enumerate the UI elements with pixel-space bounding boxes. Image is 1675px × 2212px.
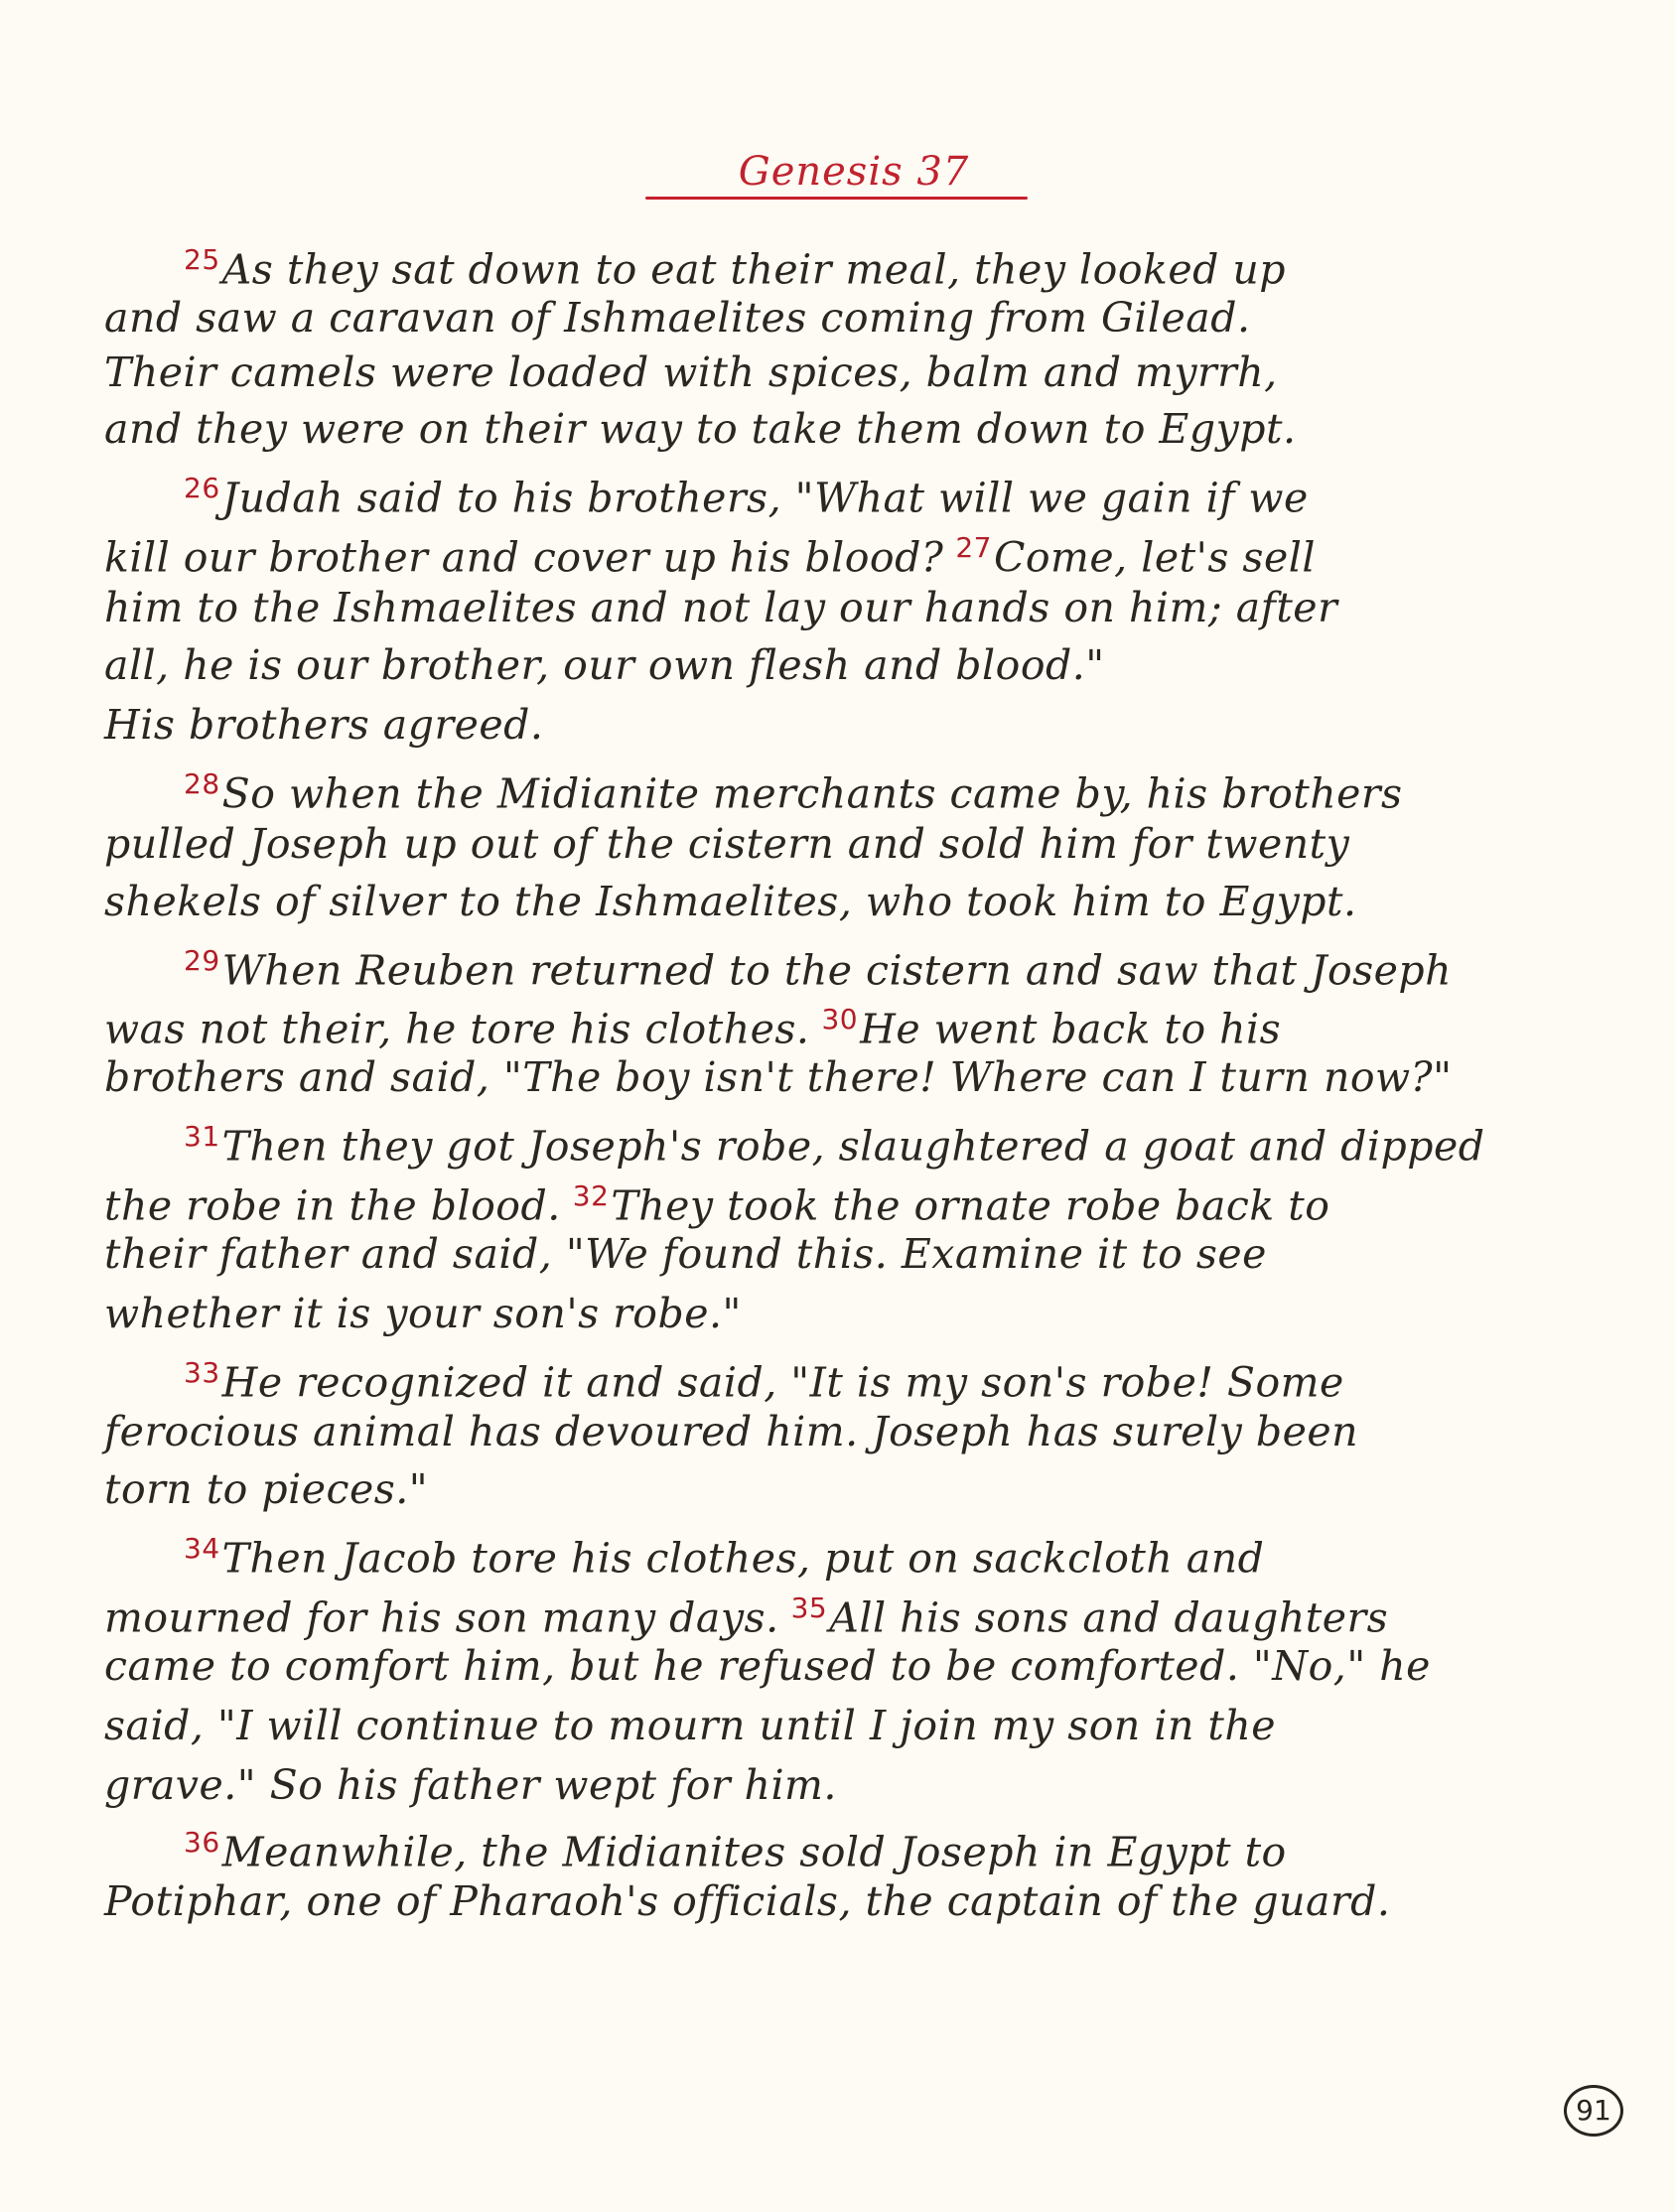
verse-text: Potiphar, one of Pharaoh's officials, th…: [104, 1877, 1390, 1925]
verse-text: When Reuben returned to the cistern and …: [222, 947, 1452, 995]
verse-text: Then Jacob tore his clothes, put on sack…: [222, 1535, 1265, 1583]
verse-text: torn to pieces.": [104, 1465, 428, 1513]
verse-text: They took the ornate robe back to: [611, 1182, 1329, 1230]
verse-text: All his sons and daughters: [829, 1594, 1388, 1642]
text-line: and saw a caravan of Ishmaelites coming …: [104, 288, 1251, 347]
verse-text: him to the Ishmaelites and not lay our h…: [104, 584, 1337, 631]
verse-number: 31: [184, 1120, 220, 1153]
verse-text: He recognized it and said, "It is my son…: [222, 1359, 1344, 1407]
text-line: their father and said, "We found this. E…: [104, 1224, 1267, 1284]
text-line: whether it is your son's robe.": [104, 1284, 742, 1343]
verse-text: whether it is your son's robe.": [104, 1290, 742, 1337]
page-title-wrap: Genesis 37: [645, 149, 1062, 195]
verse-text: said, "I will continue to mourn until I …: [104, 1702, 1276, 1749]
handwritten-page: Genesis 37 25As they sat down to eat the…: [0, 0, 1675, 2212]
verse-text: He went back to his: [860, 1006, 1281, 1053]
verse-text: As they sat down to eat their meal, they…: [222, 246, 1286, 294]
text-line: ferocious animal has devoured him. Josep…: [104, 1402, 1358, 1461]
verse-text: Judah said to his brothers, "What will w…: [222, 475, 1309, 522]
text-line: said, "I will continue to mourn until I …: [104, 1696, 1276, 1755]
verse-text: His brothers agreed.: [104, 701, 543, 749]
verse-text: grave." So his father wept for him.: [104, 1761, 837, 1809]
verse-number: 33: [184, 1356, 220, 1389]
text-line: and they were on their way to take them …: [104, 399, 1297, 459]
verse-number: 25: [184, 243, 220, 276]
verse-number: 27: [955, 531, 992, 564]
verse-text: Meanwhile, the Midianites sold Joseph in…: [222, 1829, 1287, 1876]
title-underline: [645, 197, 1028, 200]
verse-number: 26: [184, 472, 220, 504]
verse-text: ferocious animal has devoured him. Josep…: [104, 1408, 1358, 1455]
verse-number: 29: [184, 944, 220, 977]
verse-text: Then they got Joseph's robe, slaughtered…: [222, 1123, 1485, 1171]
verse-text: brothers and said, "The boy isn't there!…: [104, 1053, 1453, 1101]
text-line: grave." So his father wept for him.: [104, 1755, 837, 1815]
verse-number: 34: [184, 1532, 220, 1565]
verse-text: Their camels were loaded with spices, ba…: [104, 348, 1278, 396]
verse-number: 32: [573, 1179, 610, 1212]
text-line: brothers and said, "The boy isn't there!…: [104, 1047, 1453, 1107]
text-line: Potiphar, one of Pharaoh's officials, th…: [104, 1871, 1390, 1931]
page-number: 91: [1564, 2085, 1623, 2137]
verse-text: all, he is our brother, our own flesh an…: [104, 641, 1105, 689]
text-line: His brothers agreed.: [104, 695, 543, 755]
text-line: came to comfort him, but he refused to b…: [104, 1636, 1431, 1696]
verse-number: 28: [184, 767, 220, 800]
text-line: all, he is our brother, our own flesh an…: [104, 635, 1105, 695]
verse-text: shekels of silver to the Ishmaelites, wh…: [104, 878, 1357, 925]
text-line: him to the Ishmaelites and not lay our h…: [104, 578, 1337, 637]
verse-text: pulled Joseph up out of the cistern and …: [104, 820, 1349, 868]
page-title: Genesis 37: [739, 149, 970, 195]
verse-number: 35: [791, 1591, 828, 1624]
verse-number: 30: [821, 1003, 858, 1036]
text-line: pulled Joseph up out of the cistern and …: [104, 814, 1349, 874]
text-line: torn to pieces.": [104, 1459, 428, 1519]
verse-number: 36: [184, 1826, 220, 1859]
text-line: Their camels were loaded with spices, ba…: [104, 343, 1278, 402]
verse-text: the robe in the blood.: [104, 1182, 561, 1230]
verse-text: mourned for his son many days.: [104, 1594, 779, 1642]
verse-text: their father and said, "We found this. E…: [104, 1230, 1267, 1278]
text-line: shekels of silver to the Ishmaelites, wh…: [104, 872, 1357, 931]
verse-text: and saw a caravan of Ishmaelites coming …: [104, 294, 1251, 342]
verse-text: was not their, he tore his clothes.: [104, 1006, 809, 1053]
verse-text: and they were on their way to take them …: [104, 405, 1297, 453]
verse-text: came to comfort him, but he refused to b…: [104, 1642, 1431, 1690]
verse-text: Come, let's sell: [994, 534, 1316, 582]
verse-text: So when the Midianite merchants came by,…: [222, 770, 1403, 818]
verse-text: kill our brother and cover up his blood?: [104, 534, 943, 582]
